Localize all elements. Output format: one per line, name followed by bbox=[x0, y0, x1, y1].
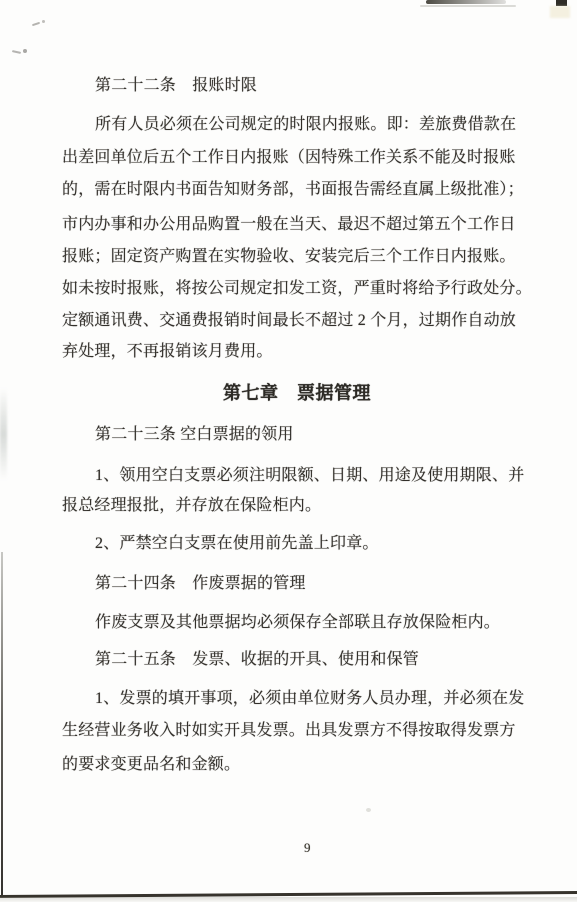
scan-mark-top-right bbox=[556, 0, 567, 6]
scan-smudge-top-echo bbox=[420, 5, 516, 7]
scan-speck bbox=[23, 49, 27, 53]
article-22-body-line: 如未按时报账，将按公司规定扣发工资，严重时将给予行政处分。 bbox=[62, 278, 532, 300]
scanned-document-page: 第二十二条 报账时限 所有人员必须在公司规定的时限内报账。即：差旅费借款在 出差… bbox=[0, 0, 577, 902]
article-25-heading: 第二十五条 发票、收据的开具、使用和保管 bbox=[95, 649, 419, 671]
page-number: 9 bbox=[304, 840, 311, 856]
scan-speck bbox=[42, 20, 45, 23]
scan-smudge-left-edge bbox=[0, 388, 7, 480]
scan-speck bbox=[32, 22, 40, 26]
article-23-item2-line: 2、严禁空白支票在使用前先盖上印章。 bbox=[95, 533, 379, 555]
article-22-body-line: 弃处理，不再报销该月费用。 bbox=[62, 341, 273, 363]
scan-tint-top-right bbox=[550, 6, 570, 18]
article-23-item1-line: 1、领用空白支票必须注明限额、日期、用途及使用期限、并 bbox=[95, 465, 524, 487]
article-22-body-line: 所有人员必须在公司规定的时限内报账。即：差旅费借款在 bbox=[95, 114, 516, 136]
article-24-body-line: 作废支票及其他票据均必须保存全部联且存放保险柜内。 bbox=[95, 612, 500, 634]
article-22-body-line: 的，需在时限内书面告知财务部，书面报告需经直属上级批准）； bbox=[62, 179, 524, 201]
article-22-body-line: 报账；固定资产购置在实物验收、安装完后三个工作日内报账。 bbox=[62, 246, 516, 268]
scan-shadow-bottom bbox=[0, 897, 577, 902]
article-23-heading: 第二十三条 空白票据的领用 bbox=[95, 424, 294, 446]
article-22-body-line: 出差回单位后五个工作日内报账（因特殊工作关系不能及时报账 bbox=[62, 147, 516, 169]
scan-speck bbox=[12, 50, 21, 54]
article-22-heading: 第二十二条 报账时限 bbox=[95, 75, 257, 97]
article-23-item1-line: 报总经理报批，并存放在保险柜内。 bbox=[62, 495, 321, 517]
scan-speck bbox=[366, 808, 371, 812]
scan-page-edge-left bbox=[1, 552, 3, 898]
article-25-item1-line: 的要求变更品名和金额。 bbox=[62, 754, 240, 776]
scan-page-edge-bottom bbox=[0, 891, 577, 898]
article-22-body-line: 市内办事和办公用品购置一般在当天、最迟不超过第五个工作日 bbox=[62, 214, 516, 236]
scan-smudge-top bbox=[426, 0, 506, 4]
article-25-item1-line: 1、发票的填开事项，必须由单位财务人员办理，并必须在发 bbox=[95, 688, 524, 710]
article-24-heading: 第二十四条 作废票据的管理 bbox=[95, 573, 306, 595]
article-25-item1-line: 生经营业务收入时如实开具发票。出具发票方不得按取得发票方 bbox=[62, 720, 516, 742]
chapter-7-heading: 第七章 票据管理 bbox=[223, 382, 371, 404]
article-22-body-line: 定额通讯费、交通费报销时间最长不超过 2 个月，过期作自动放 bbox=[62, 310, 516, 332]
